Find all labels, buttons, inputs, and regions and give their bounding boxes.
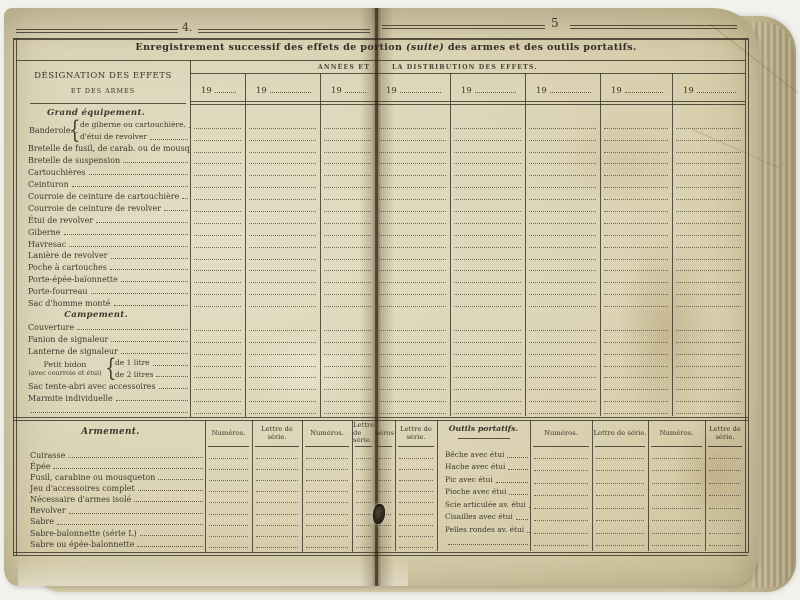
value-cell — [320, 250, 375, 262]
effect-row: Bretelle de suspension — [16, 155, 745, 167]
leader-dots — [110, 269, 188, 270]
dotted-entry-line — [324, 306, 371, 307]
value-cell — [530, 523, 592, 536]
dotted-entry-line — [529, 401, 596, 402]
dotted-entry-line — [529, 152, 596, 153]
leader-dots — [448, 544, 528, 545]
value-cell — [190, 238, 245, 250]
value-cell — [600, 202, 672, 214]
year-label: 19 — [536, 85, 547, 95]
dotted-entry-line — [454, 330, 521, 331]
frame-bottom — [13, 552, 748, 553]
effect-label-cell: Porte-épée-baïonnette — [16, 273, 190, 285]
dotted-entry-line — [324, 128, 371, 129]
dotted-entry-line — [324, 413, 371, 414]
dotted-entry-line — [529, 413, 596, 414]
value-cell — [592, 536, 648, 549]
leader-dots — [153, 365, 188, 366]
leader-dots — [121, 353, 188, 354]
effect-label: Courroie de ceinture de revolver — [28, 204, 161, 213]
value-cell — [320, 155, 375, 167]
dotted-entry-line — [356, 514, 371, 515]
armement-label: Sabre ou épée-baïonnette — [30, 540, 134, 549]
value-cell — [352, 528, 375, 539]
value-cell — [320, 309, 375, 321]
value-cell — [450, 369, 525, 381]
outils-row: Pelles rondes av. étui — [437, 523, 745, 536]
value-cell — [600, 297, 672, 309]
scanned-book-spread: 4. 5 Enregistrement successif des effets… — [0, 0, 800, 600]
frame-bottom — [13, 555, 748, 556]
dotted-entry-line — [676, 175, 741, 176]
armement-body: CuirasseÉpéeFusil, carabine ou mousqueto… — [16, 450, 437, 551]
value-cell — [302, 517, 352, 528]
dotted-entry-line — [209, 536, 248, 537]
dotted-entry-line — [676, 294, 741, 295]
dotted-entry-line — [454, 223, 521, 224]
value-cell — [672, 178, 745, 190]
leader-dots — [72, 186, 188, 187]
dotted-entry-line — [194, 282, 241, 283]
year-header-cell: 19 — [245, 74, 320, 100]
value-cell — [375, 285, 450, 297]
value-cell — [525, 404, 600, 416]
dotted-entry-line — [194, 128, 241, 129]
effect-label-cell: Bretelle de suspension — [16, 155, 190, 167]
dotted-entry-line — [676, 128, 741, 129]
dotted-entry-line — [379, 128, 446, 129]
year-header-cell: 19 — [525, 74, 600, 100]
value-cell — [190, 333, 245, 345]
dotted-entry-line — [194, 223, 241, 224]
value-cell — [375, 404, 450, 416]
value-cell — [375, 131, 450, 143]
value-cell — [252, 450, 302, 461]
dotted-entry-line — [249, 199, 316, 200]
value-cell — [672, 190, 745, 202]
value-cell — [672, 369, 745, 381]
dotted-entry-line — [529, 354, 596, 355]
year-label: 19 — [611, 85, 622, 95]
armement-row: Épée — [16, 461, 437, 472]
dotted-entry-line — [652, 495, 701, 496]
value-cell — [352, 494, 375, 505]
year-label: 19 — [461, 85, 472, 95]
value-cell — [450, 131, 525, 143]
value-cell — [302, 505, 352, 516]
dotted-entry-line — [379, 502, 391, 503]
dotted-entry-line — [324, 187, 371, 188]
value-cell — [320, 273, 375, 285]
year-header-cell: 19 — [600, 74, 672, 100]
effect-row: Courroie de ceinture de cartouchière — [16, 190, 745, 202]
value-cell — [245, 357, 320, 369]
dotted-entry-line — [356, 458, 371, 459]
value-cell — [648, 448, 705, 461]
dotted-entry-line — [676, 140, 741, 141]
value-cell — [375, 262, 450, 274]
dotted-entry-line — [399, 491, 433, 492]
leader-dots — [156, 376, 188, 377]
dotted-entry-line — [356, 525, 371, 526]
dotted-entry-line — [454, 401, 521, 402]
value-cell — [375, 505, 395, 516]
value-cell — [245, 155, 320, 167]
outils-header-underline — [458, 438, 510, 439]
dotted-entry-line — [676, 342, 741, 343]
leader-dots — [69, 246, 188, 247]
years-caption-left: ANNÉES ET — [318, 64, 370, 71]
year-label: 19 — [256, 85, 267, 95]
armement-row: Sabre ou épée-baïonnette — [16, 539, 437, 550]
dotted-entry-line — [249, 342, 316, 343]
dotted-entry-line — [194, 211, 241, 212]
dotted-entry-line — [194, 294, 241, 295]
value-cell — [245, 262, 320, 274]
effect-label: Bretelle de suspension — [28, 156, 120, 165]
dotted-entry-line — [454, 354, 521, 355]
value-cell — [375, 380, 450, 392]
value-cell — [592, 498, 648, 511]
effect-row: de 2 litres — [16, 369, 745, 381]
dotted-entry-line — [454, 294, 521, 295]
value-cell — [450, 107, 525, 119]
dotted-entry-line — [709, 533, 741, 534]
dotted-entry-line — [534, 520, 588, 521]
dotted-entry-line — [399, 514, 433, 515]
value-cell — [190, 178, 245, 190]
effect-label-cell: Poche à cartouches — [16, 262, 190, 274]
effect-label: Lanterne de signaleur — [28, 347, 118, 356]
value-cell — [320, 190, 375, 202]
value-cell — [672, 345, 745, 357]
dotted-entry-line — [249, 401, 316, 402]
value-cell — [672, 226, 745, 238]
year-label: 19 — [201, 85, 212, 95]
dotted-entry-line — [709, 508, 741, 509]
dotted-entry-line — [324, 152, 371, 153]
value-cell — [600, 357, 672, 369]
dotted-entry-line — [454, 163, 521, 164]
dotted-entry-line — [454, 282, 521, 283]
value-cell — [672, 202, 745, 214]
armement-label-cell: Sabre ou épée-baïonnette — [16, 539, 205, 550]
effect-label-cell: Bretelle de fusil, de carab. ou de mousq… — [16, 143, 190, 155]
dotted-entry-line — [529, 175, 596, 176]
header-top-rule — [16, 60, 745, 61]
value-cell — [592, 448, 648, 461]
value-cell — [190, 309, 245, 321]
dotted-entry-line — [256, 480, 298, 481]
value-cell — [320, 107, 375, 119]
dotted-entry-line — [604, 247, 668, 248]
value-cell — [190, 214, 245, 226]
dotted-entry-line — [194, 140, 241, 141]
dotted-entry-line — [652, 458, 701, 459]
value-cell — [450, 285, 525, 297]
leader-dots — [508, 469, 528, 470]
effect-label-cell: Cartouchières — [16, 166, 190, 178]
effect-row: Courroie de ceinture de revolver — [16, 202, 745, 214]
dotted-entry-line — [379, 175, 446, 176]
dotted-entry-line — [529, 199, 596, 200]
effect-row: d'étui de revolver — [16, 131, 745, 143]
effect-label-cell: Sac tente-abri avec accessoires — [16, 380, 190, 392]
leader-dots — [150, 139, 188, 140]
dotted-entry-line — [676, 187, 741, 188]
value-cell — [352, 483, 375, 494]
dotted-entry-line — [604, 354, 668, 355]
effect-label: Fanion de signaleur — [28, 335, 108, 344]
value-cell — [320, 321, 375, 333]
effect-row: Fanion de signaleur — [16, 333, 745, 345]
dotted-entry-line — [356, 491, 371, 492]
value-cell — [320, 119, 375, 131]
effect-label-cell: Marmite individuelle — [16, 392, 190, 404]
outils-label: Cisailles avec étui — [445, 513, 513, 522]
dotted-entry-line — [194, 259, 241, 260]
value-cell — [252, 483, 302, 494]
dotted-entry-line — [454, 270, 521, 271]
dotted-entry-line — [676, 199, 741, 200]
value-cell — [600, 309, 672, 321]
effect-label-cell: Courroie de ceinture de revolver — [16, 202, 190, 214]
dotted-entry-line — [249, 247, 316, 248]
dotted-entry-line — [324, 294, 371, 295]
value-cell — [375, 333, 450, 345]
effect-label-cell: Fanion de signaleur — [16, 333, 190, 345]
dotted-entry-line — [652, 483, 701, 484]
value-cell — [450, 392, 525, 404]
dotted-entry-line — [306, 469, 348, 470]
dotted-entry-line — [604, 140, 668, 141]
value-cell — [395, 528, 437, 539]
value-cell — [600, 380, 672, 392]
years-caption-right: LA DISTRIBUTION DES EFFETS. — [392, 64, 538, 71]
dotted-entry-line — [596, 520, 644, 521]
dotted-entry-line — [209, 525, 248, 526]
value-cell — [190, 190, 245, 202]
dotted-entry-line — [676, 235, 741, 236]
dotted-entry-line — [379, 140, 446, 141]
dotted-entry-line — [604, 330, 668, 331]
value-cell — [245, 238, 320, 250]
value-cell — [375, 369, 450, 381]
effect-label-cell — [16, 404, 190, 416]
leader-dots — [137, 546, 203, 547]
dotted-entry-line — [209, 491, 248, 492]
value-cell — [375, 273, 450, 285]
outils-label: Pelles rondes av. étui — [445, 526, 524, 535]
value-cell — [672, 404, 745, 416]
dotted-entry-line — [676, 330, 741, 331]
value-cell — [450, 380, 525, 392]
value-cell — [375, 450, 395, 461]
value-cell — [600, 226, 672, 238]
value-cell — [320, 238, 375, 250]
dotted-entry-line — [604, 377, 668, 378]
value-cell — [190, 262, 245, 274]
brace-group: de 1 litrede 2 litresPetit bidon(avec co… — [16, 357, 745, 381]
value-cell — [245, 380, 320, 392]
value-cell — [525, 155, 600, 167]
value-cell — [375, 321, 450, 333]
dotted-entry-line — [529, 330, 596, 331]
value-cell — [320, 285, 375, 297]
dotted-entry-line — [676, 211, 741, 212]
value-cell — [600, 155, 672, 167]
dotted-entry-line — [249, 128, 316, 129]
effect-label: Lanière de revolver — [28, 251, 108, 260]
dotted-entry-line — [209, 547, 248, 548]
dotted-entry-line — [379, 536, 391, 537]
brace-group: de giberne ou cartouchière.d'étui de rev… — [16, 119, 745, 143]
year-header-cell: 19 — [190, 74, 245, 100]
value-cell — [320, 369, 375, 381]
value-cell — [450, 202, 525, 214]
frame-right — [748, 38, 749, 553]
effect-label-cell: Couverture — [16, 321, 190, 333]
leader-dots — [121, 281, 188, 282]
title-text: Enregistrement successif des effets de p… — [135, 42, 406, 53]
dotted-entry-line — [324, 163, 371, 164]
top-table-body: Grand équipement.de giberne ou cartouchi… — [16, 107, 745, 417]
value-cell — [245, 250, 320, 262]
value-cell — [592, 461, 648, 474]
effect-row: Sac tente-abri avec accessoires — [16, 380, 745, 392]
dotted-entry-line — [324, 211, 371, 212]
dotted-entry-line — [306, 536, 348, 537]
dotted-entry-line — [529, 223, 596, 224]
value-cell — [375, 226, 450, 238]
value-cell — [600, 119, 672, 131]
value-cell — [190, 143, 245, 155]
value-cell — [302, 461, 352, 472]
value-cell — [375, 392, 450, 404]
dotted-entry-line — [596, 458, 644, 459]
value-cell — [205, 528, 252, 539]
header-bottom-rule — [190, 101, 745, 102]
value-cell — [190, 392, 245, 404]
dotted-entry-line — [604, 270, 668, 271]
leader-dots — [496, 482, 528, 483]
dotted-entry-line — [454, 306, 521, 307]
dotted-entry-line — [256, 514, 298, 515]
value-cell — [450, 178, 525, 190]
page-number-left: 4. — [182, 21, 193, 34]
dotted-entry-line — [194, 354, 241, 355]
value-cell — [302, 450, 352, 461]
dotted-entry-line — [652, 470, 701, 471]
leader-dots — [31, 412, 188, 413]
value-cell — [600, 285, 672, 297]
dotted-entry-line — [209, 469, 248, 470]
value-cell — [320, 404, 375, 416]
dotted-entry-line — [676, 377, 741, 378]
value-cell — [450, 190, 525, 202]
value-cell — [672, 238, 745, 250]
value-cell — [190, 404, 245, 416]
outils-label-cell: Hache avec étui — [437, 461, 530, 474]
value-cell — [320, 297, 375, 309]
value-cell — [245, 404, 320, 416]
page-number-right: 5 — [551, 16, 559, 30]
armement-row: Jeu d'accessoires complet — [16, 483, 437, 494]
leader-dots — [111, 258, 188, 259]
dotted-entry-line — [709, 458, 741, 459]
effect-row: Lanière de revolver — [16, 250, 745, 262]
value-cell — [245, 285, 320, 297]
value-cell — [245, 131, 320, 143]
dotted-entry-line — [194, 163, 241, 164]
year-header-cell: 19 — [672, 74, 745, 100]
outils-label: Hache avec étui — [445, 463, 505, 472]
year-label: 19 — [331, 85, 342, 95]
value-cell — [245, 345, 320, 357]
value-cell — [705, 448, 745, 461]
dotted-entry-line — [454, 413, 521, 414]
dotted-entry-line — [534, 545, 588, 546]
top-rule — [198, 32, 370, 33]
armement-label-cell: Cuirasse — [16, 450, 205, 461]
dotted-entry-line — [379, 401, 446, 402]
effect-row: Bretelle de fusil, de carab. ou de mousq… — [16, 143, 745, 155]
dotted-entry-line — [194, 342, 241, 343]
dotted-entry-line — [249, 389, 316, 390]
dotted-entry-line — [379, 480, 391, 481]
value-cell — [672, 297, 745, 309]
dotted-entry-line — [379, 469, 391, 470]
dotted-entry-line — [604, 294, 668, 295]
leader-dots — [114, 305, 188, 306]
value-cell — [302, 472, 352, 483]
year-blank-line — [345, 92, 366, 93]
designation-underline — [30, 103, 186, 104]
dotted-entry-line — [306, 491, 348, 492]
effect-label: Cartouchières — [28, 168, 86, 177]
value-cell — [302, 483, 352, 494]
value-cell — [705, 511, 745, 524]
effect-label-cell: Porte-fourreau — [16, 285, 190, 297]
value-cell — [600, 190, 672, 202]
value-cell — [648, 486, 705, 499]
dotted-entry-line — [379, 282, 446, 283]
effect-label-cell: Courroie de ceinture de cartouchière — [16, 190, 190, 202]
dotted-entry-line — [709, 470, 741, 471]
option-label-cell: de 1 litre — [16, 357, 190, 369]
dotted-entry-line — [676, 389, 741, 390]
value-cell — [375, 494, 395, 505]
value-cell — [245, 214, 320, 226]
value-cell — [245, 107, 320, 119]
outils-label: Pic avec étui — [445, 476, 493, 485]
value-cell — [205, 483, 252, 494]
dotted-entry-line — [324, 175, 371, 176]
top-rule — [198, 29, 370, 30]
value-cell — [205, 472, 252, 483]
value-cell — [592, 523, 648, 536]
dotted-entry-line — [596, 495, 644, 496]
dotted-entry-line — [454, 366, 521, 367]
dotted-entry-line — [379, 235, 446, 236]
value-cell — [525, 238, 600, 250]
dotted-entry-line — [596, 470, 644, 471]
armement-row: Sabre-baïonnette (série L) — [16, 528, 437, 539]
dotted-entry-line — [256, 536, 298, 537]
effect-label: Ceinturon — [28, 180, 69, 189]
value-cell — [375, 461, 395, 472]
value-cell — [245, 297, 320, 309]
